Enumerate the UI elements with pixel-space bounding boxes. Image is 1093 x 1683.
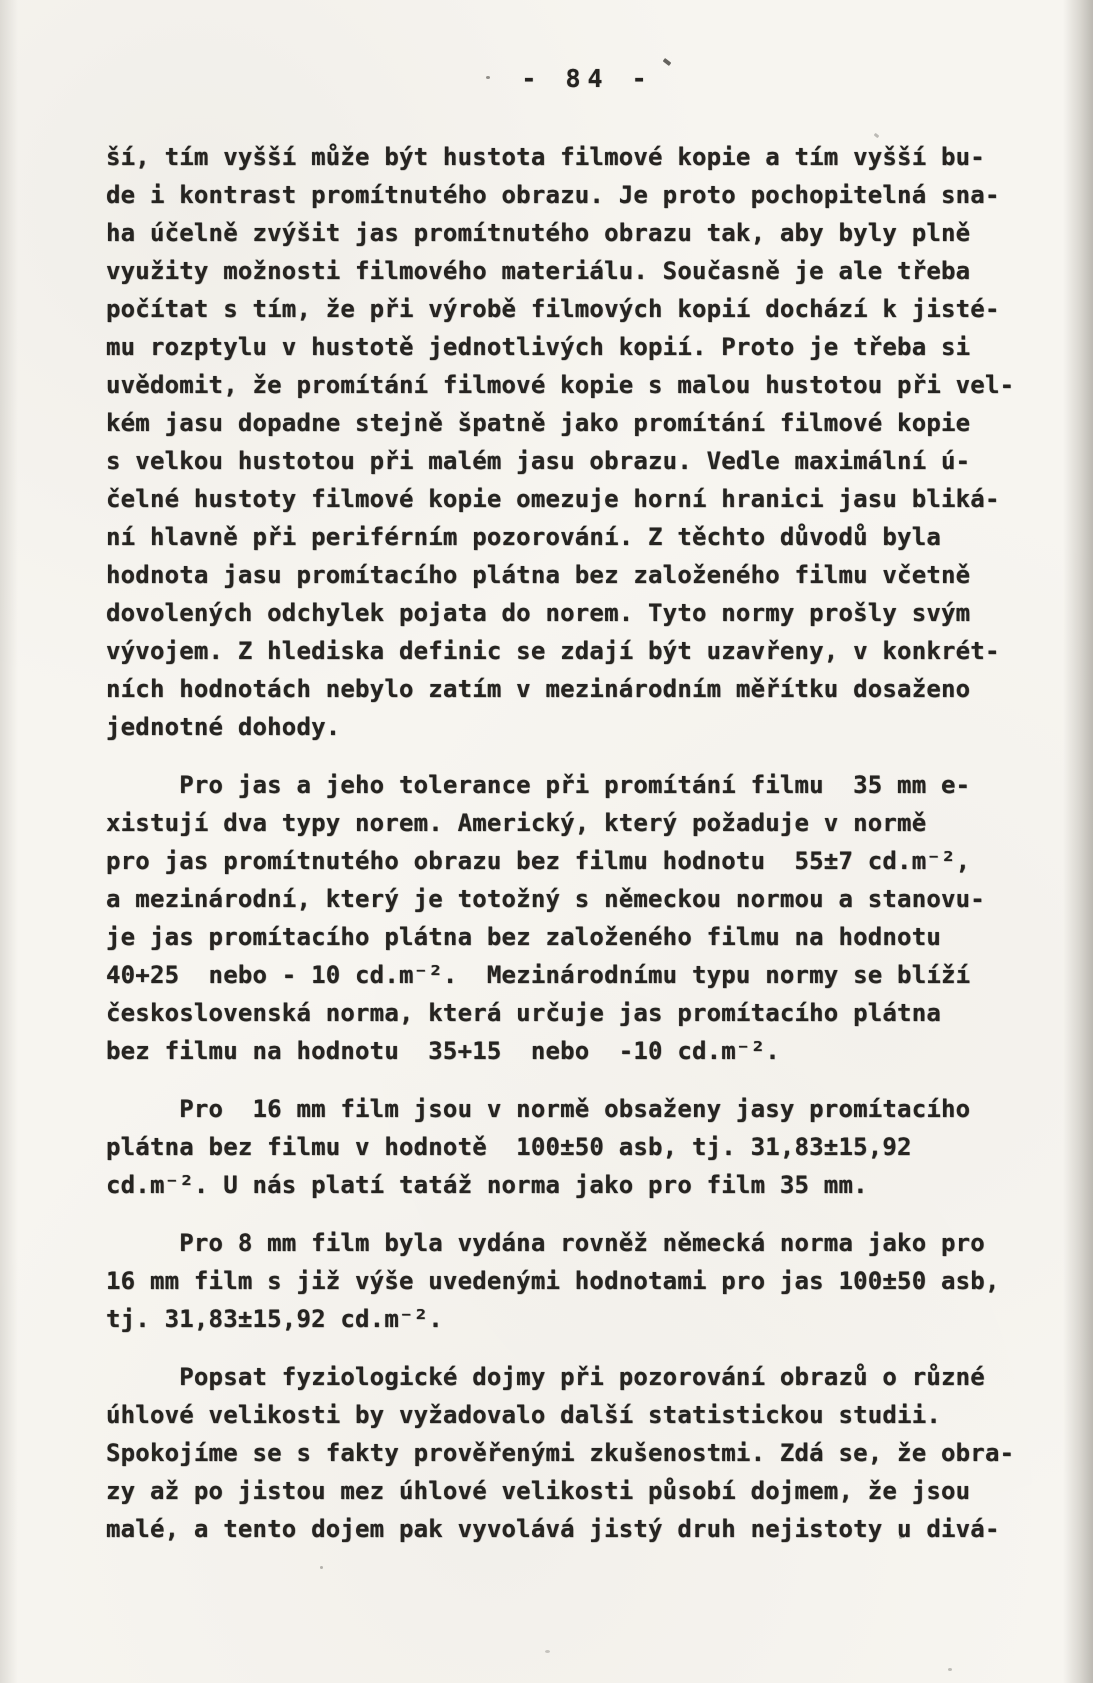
text-line: československá norma, která určuje jas p… xyxy=(106,994,1036,1032)
scan-edge-left-shadow xyxy=(0,0,18,1683)
paragraph-4: Pro 8 mm film byla vydána rovněž německá… xyxy=(106,1224,1036,1338)
text-line: plátna bez filmu v hodnotě 100±50 asb, t… xyxy=(106,1128,1036,1166)
text-line: jednotné dohody. xyxy=(106,708,1036,746)
scan-speck xyxy=(320,1566,323,1569)
text-line: ší, tím vyšší může být hustota filmové k… xyxy=(106,138,1036,176)
text-line: je jas promítacího plátna bez založeného… xyxy=(106,918,1036,956)
text-line: tj. 31,83±15,92 cd.m⁻². xyxy=(106,1300,1036,1338)
text-line: Pro jas a jeho tolerance při promítání f… xyxy=(106,766,1036,804)
text-line: s velkou hustotou při malém jasu obrazu.… xyxy=(106,442,1036,480)
text-line: dovolených odchylek pojata do norem. Tyt… xyxy=(106,594,1036,632)
paragraph-2: Pro jas a jeho tolerance při promítání f… xyxy=(106,766,1036,1070)
scan-speck xyxy=(545,1650,550,1653)
text-line: Popsat fyziologické dojmy při pozorování… xyxy=(106,1358,1036,1396)
text-line: kém jasu dopadne stejně špatně jako prom… xyxy=(106,404,1036,442)
page-number: - 84 - xyxy=(0,64,1093,93)
text-line: malé, a tento dojem pak vyvolává jistý d… xyxy=(106,1510,1036,1548)
text-line: ní hlavně při periférním pozorování. Z t… xyxy=(106,518,1036,556)
text-line: Spokojíme se s fakty prověřenými zkušeno… xyxy=(106,1434,1036,1472)
paragraph-3: Pro 16 mm film jsou v normě obsaženy jas… xyxy=(106,1090,1036,1204)
text-line: uvědomit, že promítání filmové kopie s m… xyxy=(106,366,1036,404)
text-line: cd.m⁻². U nás platí tatáž norma jako pro… xyxy=(106,1166,1036,1204)
text-line: ha účelně zvýšit jas promítnutého obrazu… xyxy=(106,214,1036,252)
text-block: ší, tím vyšší může být hustota filmové k… xyxy=(106,138,1036,1548)
text-line: zy až po jistou mez úhlové velikosti půs… xyxy=(106,1472,1036,1510)
text-line: Pro 8 mm film byla vydána rovněž německá… xyxy=(106,1224,1036,1262)
text-line: xistují dva typy norem. Americký, který … xyxy=(106,804,1036,842)
text-line: a mezinárodní, který je totožný s německ… xyxy=(106,880,1036,918)
text-line: počítat s tím, že při výrobě filmových k… xyxy=(106,290,1036,328)
scan-speck xyxy=(486,76,490,79)
text-line: úhlové velikosti by vyžadovalo další sta… xyxy=(106,1396,1036,1434)
scan-edge-right-shadow xyxy=(1063,0,1093,1683)
text-line: hodnota jasu promítacího plátna bez zalo… xyxy=(106,556,1036,594)
paragraph-5: Popsat fyziologické dojmy při pozorování… xyxy=(106,1358,1036,1548)
text-line: 40+25 nebo - 10 cd.m⁻². Mezinárodnímu ty… xyxy=(106,956,1036,994)
paragraph-1: ší, tím vyšší může být hustota filmové k… xyxy=(106,138,1036,746)
text-line: de i kontrast promítnutého obrazu. Je pr… xyxy=(106,176,1036,214)
text-line: využity možnosti filmového materiálu. So… xyxy=(106,252,1036,290)
text-line: Pro 16 mm film jsou v normě obsaženy jas… xyxy=(106,1090,1036,1128)
text-line: 16 mm film s již výše uvedenými hodnotam… xyxy=(106,1262,1036,1300)
text-line: vývojem. Z hlediska definic se zdají být… xyxy=(106,632,1036,670)
text-line: mu rozptylu v hustotě jednotlivých kopií… xyxy=(106,328,1036,366)
text-line: bez filmu na hodnotu 35+15 nebo -10 cd.m… xyxy=(106,1032,1036,1070)
scanned-document-page: - 84 - ší, tím vyšší může být hustota fi… xyxy=(0,0,1093,1683)
text-line: pro jas promítnutého obrazu bez filmu ho… xyxy=(106,842,1036,880)
text-line: čelné hustoty filmové kopie omezuje horn… xyxy=(106,480,1036,518)
text-line: ních hodnotách nebylo zatím v mezinárodn… xyxy=(106,670,1036,708)
scan-speck xyxy=(948,1668,952,1671)
